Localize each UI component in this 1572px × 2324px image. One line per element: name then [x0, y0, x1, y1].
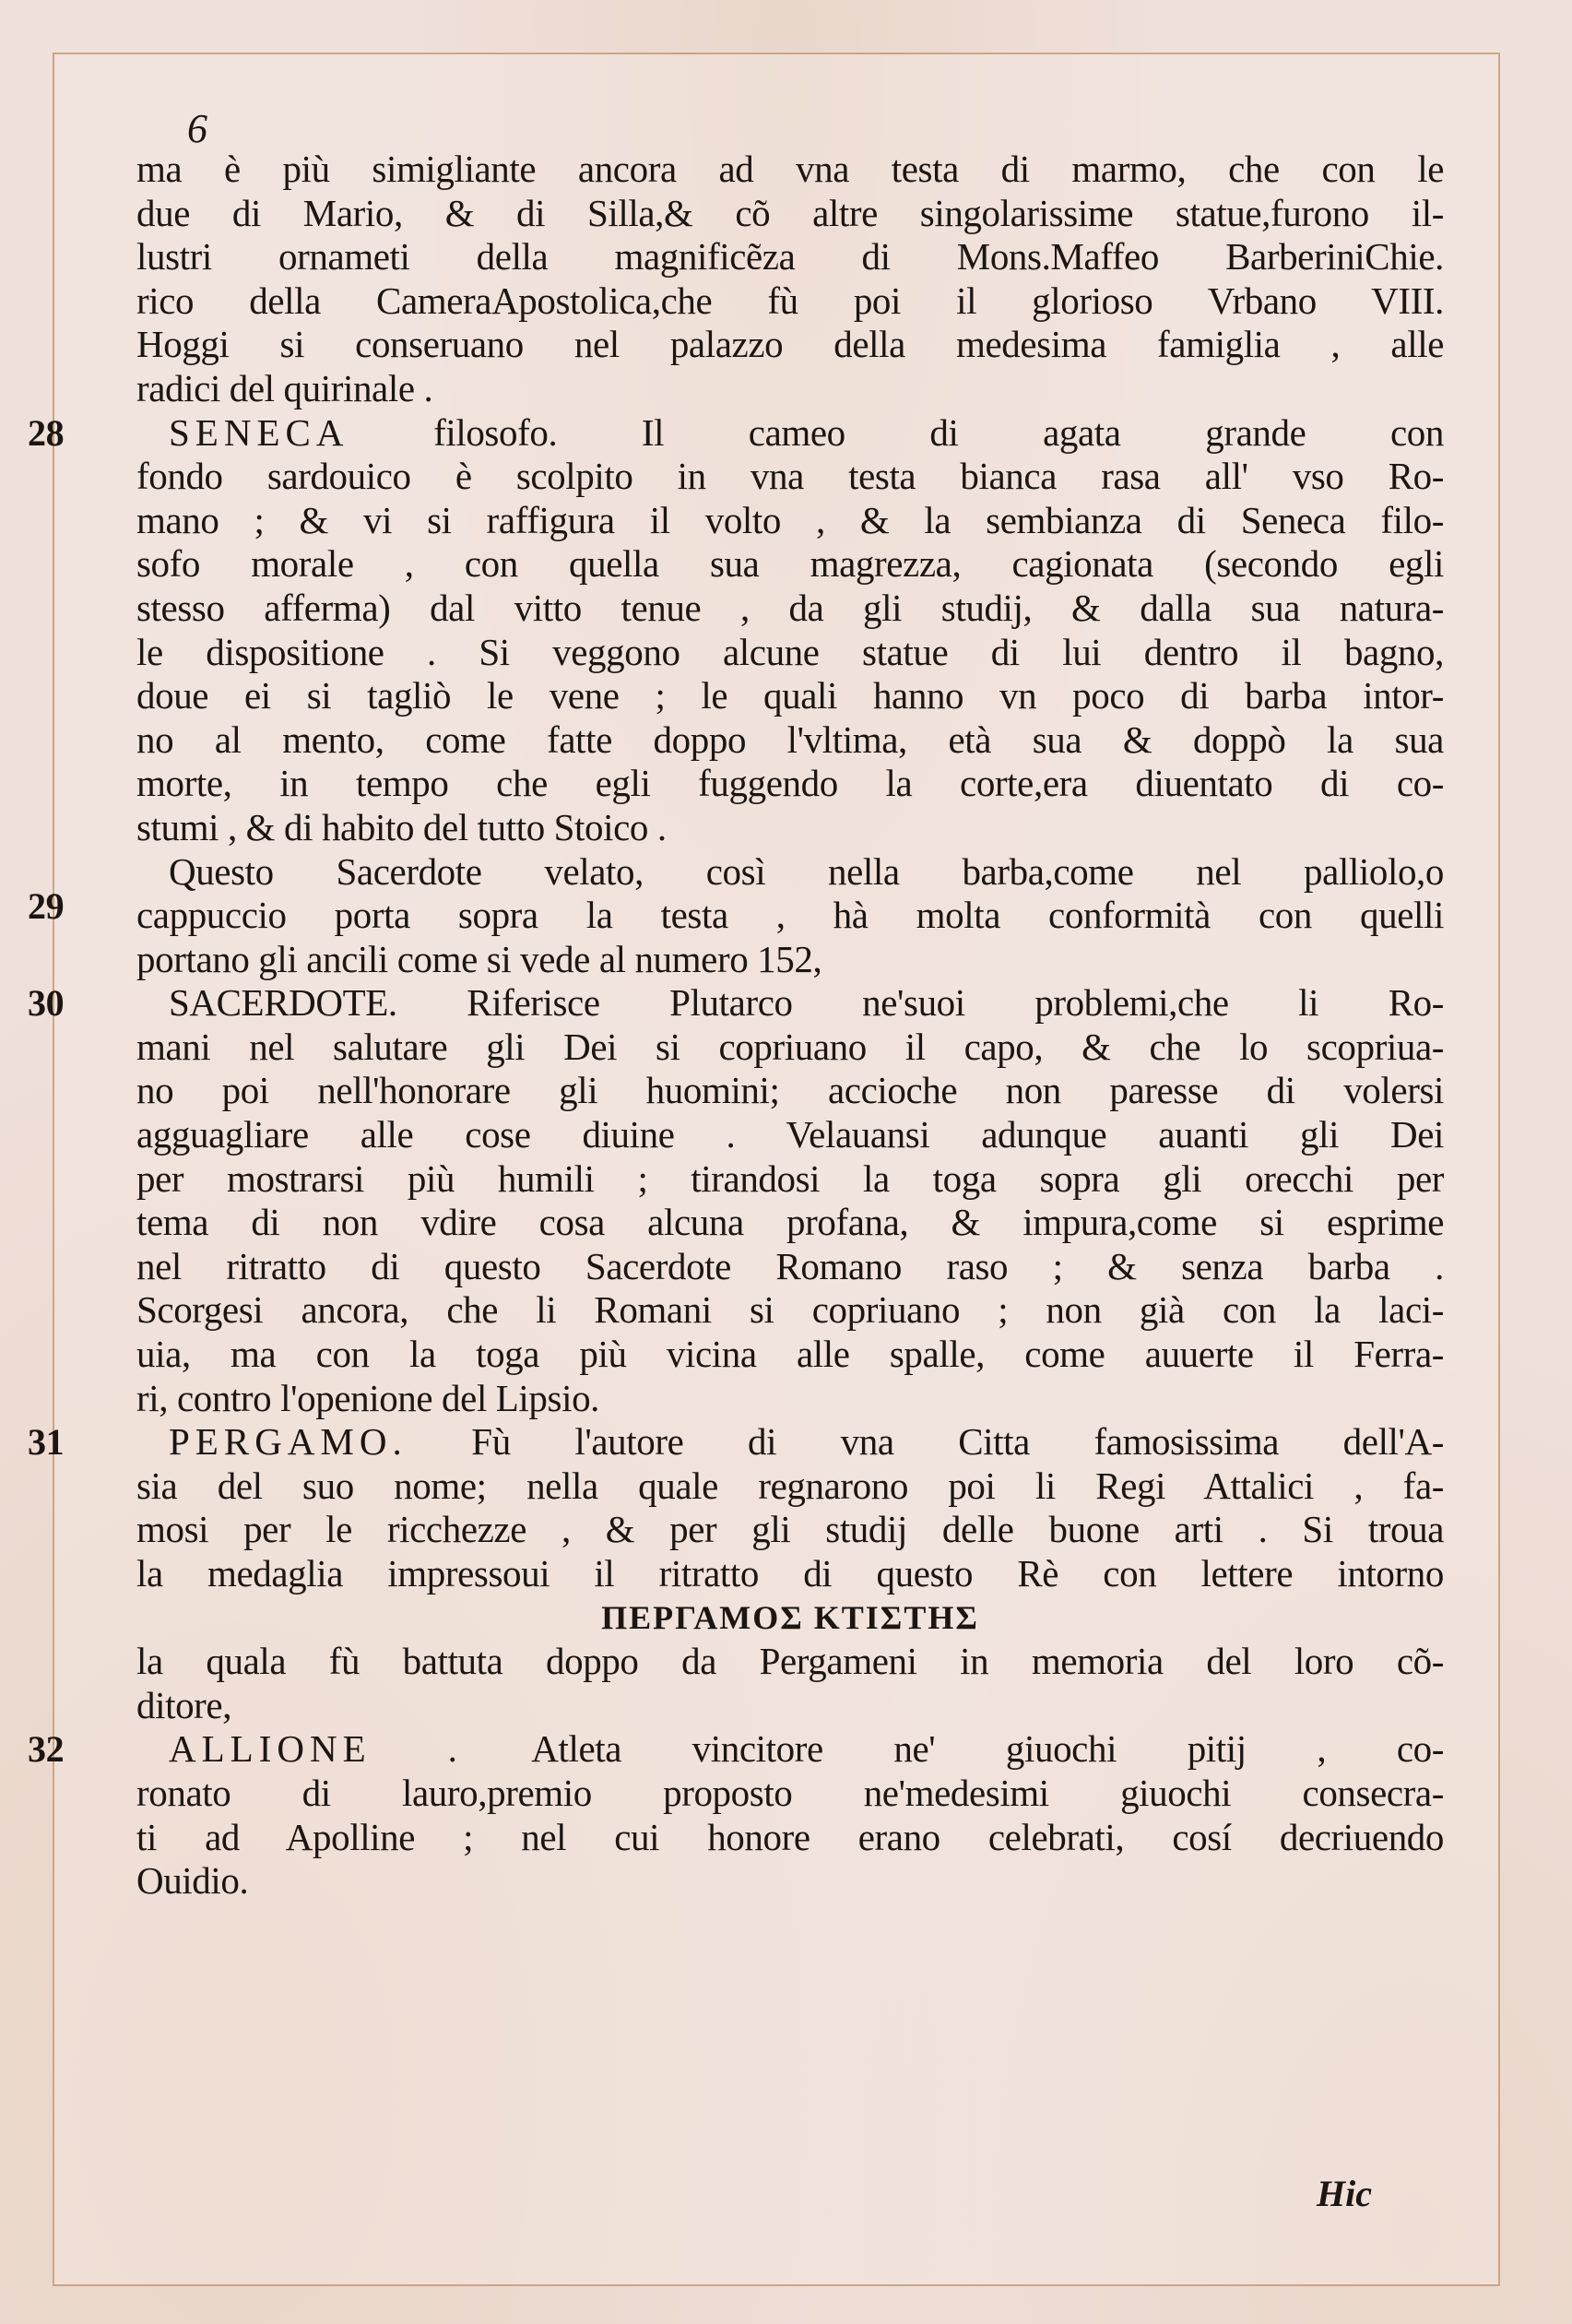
text-line: sofo morale , con quella sua magrezza, c…	[136, 542, 1444, 587]
text-line: la quala fù battuta doppo da Pergameni i…	[136, 1640, 1444, 1684]
text-line: mano ; & vi si raffigura il volto , & la…	[136, 499, 1444, 543]
text-run: Fù l'autore di vna Citta famosissima del…	[408, 1420, 1444, 1463]
text-line: ma è più simigliante ancora ad vna testa…	[136, 148, 1444, 192]
text-line: tema di non vdire cosa alcuna profana, &…	[136, 1201, 1444, 1245]
entry-heading-line: 32 ALLIONE . Atleta vincitore ne' giuoch…	[136, 1727, 1444, 1772]
text-line: agguagliare alle cose diuine . Velauansi…	[136, 1113, 1444, 1157]
text-line: no poi nell'honorare gli huomini; accioc…	[136, 1069, 1444, 1113]
entry-32: 32 ALLIONE . Atleta vincitore ne' giuoch…	[136, 1727, 1444, 1903]
entry-heading: ALLIONE .	[169, 1727, 463, 1770]
text-line: ri, contro l'openione del Lipsio.	[136, 1377, 1444, 1421]
text-line: Questo Sacerdote velato, così nella barb…	[136, 850, 1444, 895]
text-line: portano gli ancili come si vede al numer…	[136, 938, 1444, 982]
text-run: Questo Sacerdote velato, così nella barb…	[169, 850, 1444, 893]
greek-inscription: ΠΕΡΓΑΜΟΣ ΚΤΙΣΤΗΣ	[136, 1596, 1444, 1641]
text-line: doue ei si tagliò le vene ; le quali han…	[136, 674, 1444, 718]
text-line: 29 cappuccio porta sopra la testa , hà m…	[136, 894, 1444, 938]
entry-heading: SACERDOTE.	[169, 981, 397, 1024]
text-line: lustri ornameti della magnificẽza di Mon…	[136, 235, 1444, 279]
text-line: stumi , & di habito del tutto Stoico .	[136, 806, 1444, 850]
text-run: Atleta vincitore ne' giuochi pitij , co-	[463, 1727, 1444, 1770]
entry-heading-line: 28 SENECA filosofo. Il cameo di agata gr…	[136, 411, 1444, 456]
paragraph-continuation: ma è più simigliante ancora ad vna testa…	[136, 148, 1444, 411]
paper-sheet: 6 ma è più simigliante ancora ad vna tes…	[0, 0, 1572, 2324]
text-run: filosofo. Il cameo di agata grande con	[349, 411, 1444, 454]
text-line: ditore,	[136, 1684, 1444, 1728]
text-line: rico della CameraApostolica,che fù poi i…	[136, 279, 1444, 324]
text-line: stesso afferma) dal vitto tenue , da gli…	[136, 587, 1444, 631]
text-line: no al mento, come fatte doppo l'vltima, …	[136, 718, 1444, 763]
catchword: Hic	[1317, 2172, 1372, 2215]
text-line: radici del quirinale .	[136, 367, 1444, 411]
text-line: fondo sardouico è scolpito in vna testa …	[136, 455, 1444, 499]
text-line: Hoggi si conseruano nel palazzo della me…	[136, 323, 1444, 367]
entry-heading-line: 30 SACERDOTE. Riferisce Plutarco ne'suoi…	[136, 981, 1444, 1026]
text-line: uia, ma con la toga più vicina alle spal…	[136, 1333, 1444, 1377]
entry-heading-line: 31 PERGAMO. Fù l'autore di vna Citta fam…	[136, 1420, 1444, 1464]
text-line: ti ad Apolline ; nel cui honore erano ce…	[136, 1816, 1444, 1860]
text-line: morte, in tempo che egli fuggendo la cor…	[136, 762, 1444, 806]
entry-31: 31 PERGAMO. Fù l'autore di vna Citta fam…	[136, 1420, 1444, 1727]
text-run: cappuccio porta sopra la testa , hà molt…	[136, 894, 1444, 936]
text-line: ronato di lauro,premio proposto ne'medes…	[136, 1772, 1444, 1816]
page-number: 6	[187, 109, 207, 149]
text-line: le dispositione . Si veggono alcune stat…	[136, 631, 1444, 675]
text-line: due di Mario, & di Silla,& cõ altre sing…	[136, 192, 1444, 236]
text-run: Riferisce Plutarco ne'suoi problemi,che …	[397, 981, 1444, 1024]
margin-number: 29	[28, 884, 64, 929]
entry-29: Questo Sacerdote velato, così nella barb…	[136, 850, 1444, 982]
text-line: mani nel salutare gli Dei si copriuano i…	[136, 1026, 1444, 1070]
entry-28: 28 SENECA filosofo. Il cameo di agata gr…	[136, 411, 1444, 850]
text-line: nel ritratto di questo Sacerdote Romano …	[136, 1245, 1444, 1289]
margin-number: 32	[28, 1727, 64, 1772]
body-text: ma è più simigliante ancora ad vna testa…	[136, 148, 1444, 1903]
entry-heading: SENECA	[169, 411, 349, 454]
margin-number: 31	[28, 1420, 64, 1464]
text-line: Ouidio.	[136, 1859, 1444, 1903]
text-line: la medaglia impressoui il ritratto di qu…	[136, 1552, 1444, 1596]
text-line: Scorgesi ancora, che li Romani si copriu…	[136, 1288, 1444, 1333]
entry-30: 30 SACERDOTE. Riferisce Plutarco ne'suoi…	[136, 981, 1444, 1420]
margin-number: 28	[28, 411, 64, 456]
margin-number: 30	[28, 981, 64, 1026]
text-line: per mostrarsi più humili ; tirandosi la …	[136, 1157, 1444, 1202]
entry-heading: PERGAMO.	[169, 1420, 408, 1463]
text-line: mosi per le ricchezze , & per gli studij…	[136, 1508, 1444, 1552]
text-line: sia del suo nome; nella quale regnarono …	[136, 1464, 1444, 1509]
